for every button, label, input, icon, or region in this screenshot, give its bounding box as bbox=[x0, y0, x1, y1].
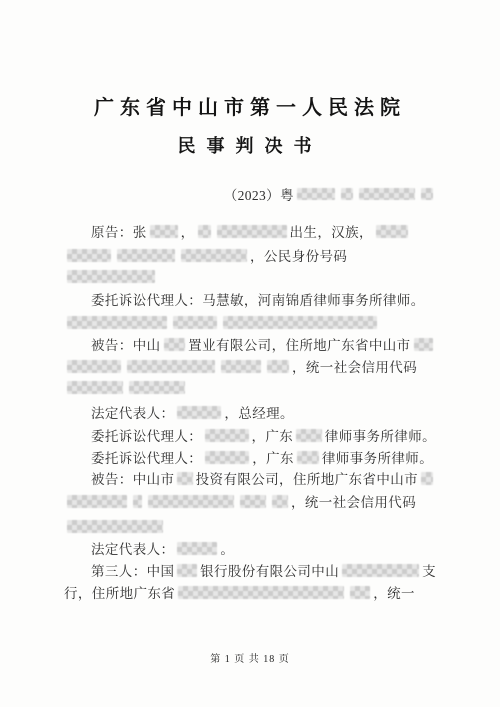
redaction-block bbox=[267, 360, 289, 373]
redaction-block bbox=[181, 249, 247, 262]
case-number: （2023）粤 bbox=[64, 184, 438, 204]
third-party-line-1: 第三人：中国银行股份有限公司中山支 bbox=[64, 560, 436, 580]
text-run: 支 bbox=[422, 560, 436, 580]
text-run: ，广东 bbox=[252, 425, 294, 445]
text-run: 被告：中山市 bbox=[91, 468, 174, 488]
redaction-block bbox=[297, 451, 319, 464]
text-run: 律师事务所律师。 bbox=[325, 425, 436, 445]
text-run: 银行股份有限公司中山 bbox=[200, 560, 339, 580]
redaction-block bbox=[173, 316, 217, 329]
plaintiff-line-2: ，公民身份号码 bbox=[64, 245, 436, 265]
plaintiff-agent: 委托诉讼代理人：马慧敏，河南锦盾律师事务所律师。 bbox=[64, 289, 436, 309]
defendant1-agent-2: 委托诉讼代理人：，广东律师事务所律师。 bbox=[64, 447, 436, 467]
text-run: 行，住所地广东省 bbox=[64, 582, 175, 602]
redaction-block bbox=[359, 188, 415, 200]
text-run: 。 bbox=[220, 538, 234, 558]
redaction-block bbox=[177, 472, 192, 485]
redaction-block bbox=[342, 564, 419, 577]
text-run: 广东省中山市第一人民法院 bbox=[94, 91, 406, 120]
redaction-block bbox=[127, 360, 215, 373]
text-run: 律师事务所律师。 bbox=[322, 447, 433, 467]
text-run: 投资有限公司，住所地广东省中山市 bbox=[196, 468, 418, 488]
redaction-block bbox=[67, 316, 167, 329]
text-run: ，统一社会信用代码 bbox=[291, 491, 416, 511]
text-run: ， bbox=[181, 221, 195, 241]
redaction-block bbox=[205, 451, 249, 464]
text-run: 出生，汉族， bbox=[290, 221, 373, 241]
defendant2-line-2: ，统一社会信用代码 bbox=[64, 491, 436, 511]
text-run: 法定代表人： bbox=[91, 538, 174, 558]
text-run: 第 1 页 共 18 页 bbox=[210, 650, 290, 665]
legal-rep-2: 法定代表人：。 bbox=[64, 538, 436, 558]
text-run: （2023）粤 bbox=[224, 184, 294, 204]
text-run: 原告：张 bbox=[91, 221, 147, 241]
text-run: 委托诉讼代理人： bbox=[91, 425, 202, 445]
redaction-block bbox=[67, 381, 123, 394]
redaction-block bbox=[177, 406, 221, 419]
defendant1-line-1: 被告：中山置业有限公司，住所地广东省中山市 bbox=[64, 334, 436, 354]
judgment-page: 广东省中山市第一人民法院民事判决书（2023）粤原告：张，出生，汉族，，公民身份… bbox=[0, 0, 500, 707]
doc-type: 民事判决书 bbox=[64, 133, 436, 157]
court-title: 广东省中山市第一人民法院 bbox=[64, 92, 436, 118]
redaction-block bbox=[414, 338, 433, 351]
redaction-block bbox=[198, 225, 211, 238]
plaintiff-line-3 bbox=[64, 266, 436, 286]
text-run: 民事判决书 bbox=[178, 132, 323, 158]
defendant1-agent-1: 委托诉讼代理人：，广东律师事务所律师。 bbox=[64, 425, 436, 445]
text-run: 委托诉讼代理人：马慧敏，河南锦盾律师事务所律师。 bbox=[91, 289, 425, 309]
redaction-block bbox=[341, 188, 353, 200]
plaintiff-line-1: 原告：张，出生，汉族， bbox=[64, 221, 436, 241]
redaction-block bbox=[177, 564, 197, 577]
text-run: ，公民身份号码 bbox=[250, 245, 347, 265]
defendant2-line-3 bbox=[64, 516, 436, 536]
redaction-block bbox=[133, 495, 142, 508]
text-run: 委托诉讼代理人： bbox=[91, 447, 202, 467]
third-party-line-2: 行，住所地广东省，统一 bbox=[64, 582, 436, 602]
redaction-block bbox=[148, 495, 234, 508]
redaction-block bbox=[67, 249, 111, 262]
redaction-block bbox=[272, 495, 288, 508]
redaction-block bbox=[296, 429, 322, 442]
redaction-block bbox=[376, 225, 408, 238]
page-number: 第 1 页 共 18 页 bbox=[64, 650, 436, 664]
text-run: ，统一 bbox=[373, 582, 415, 602]
redaction-block bbox=[297, 188, 335, 200]
redaction-block bbox=[178, 586, 344, 599]
defendant1-line-2: ，统一社会信用代码 bbox=[64, 356, 436, 376]
redaction-block bbox=[150, 225, 178, 238]
redacted-line bbox=[64, 312, 436, 332]
redaction-block bbox=[117, 249, 175, 262]
defendant1-line-3 bbox=[64, 377, 436, 397]
text-run: ，总经理。 bbox=[224, 402, 294, 422]
redaction-block bbox=[350, 586, 370, 599]
redaction-block bbox=[67, 495, 127, 508]
redaction-block bbox=[164, 338, 186, 351]
redaction-block bbox=[221, 360, 261, 373]
redaction-block bbox=[67, 270, 155, 283]
redaction-block bbox=[240, 495, 266, 508]
text-run: ，统一社会信用代码 bbox=[292, 356, 417, 376]
text-run: 第三人：中国 bbox=[91, 560, 174, 580]
redaction-block bbox=[205, 429, 248, 442]
redaction-block bbox=[217, 225, 287, 238]
text-run: ，广东 bbox=[252, 447, 294, 467]
text-run: 法定代表人： bbox=[91, 402, 174, 422]
redaction-block bbox=[223, 316, 377, 329]
defendant2-line-1: 被告：中山市投资有限公司，住所地广东省中山市 bbox=[64, 468, 436, 488]
text-run: 被告：中山 bbox=[91, 334, 161, 354]
redaction-block bbox=[421, 188, 433, 200]
redaction-block bbox=[67, 360, 121, 373]
redaction-block bbox=[177, 542, 217, 555]
text-run: 置业有限公司，住所地广东省中山市 bbox=[188, 334, 410, 354]
legal-rep-1: 法定代表人：，总经理。 bbox=[64, 402, 436, 422]
redaction-block bbox=[129, 381, 185, 394]
redaction-block bbox=[421, 472, 433, 485]
redaction-block bbox=[67, 520, 163, 533]
